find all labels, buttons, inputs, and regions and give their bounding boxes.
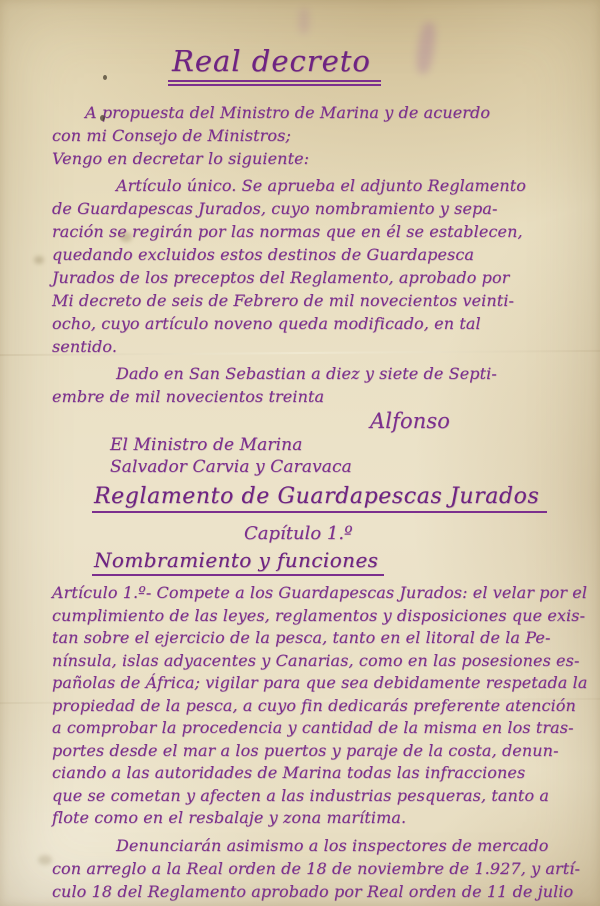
manuscript-line: con mi Consejo de Ministros;: [52, 124, 576, 147]
manuscript-line: Artículo único. Se aprueba el adjunto Re…: [52, 174, 576, 197]
final-paragraph: Denunciarán asimismo a los inspectores d…: [52, 834, 576, 903]
manuscript-line: Denunciarán asimismo a los inspectores d…: [52, 834, 576, 857]
foxing-speck: [34, 256, 44, 264]
manuscript-line: pañolas de África; vigilar para que sea …: [52, 672, 576, 695]
foxing-speck: [103, 75, 107, 80]
manuscript-line: que se cometan y afecten a las industria…: [52, 785, 576, 808]
foxing-speck: [100, 115, 105, 121]
manuscript-line: nínsula, islas adyacentes y Canarias, co…: [52, 650, 576, 673]
minister-block: El Ministro de Marina Salvador Carvia y …: [110, 434, 576, 478]
document-title: Real decreto: [168, 44, 381, 86]
royal-signature: Alfonso: [370, 408, 576, 434]
foxing-speck: [38, 855, 52, 865]
manuscript-line: Jurados de los preceptos del Reglamento,…: [52, 266, 576, 289]
manuscript-line: quedando excluidos estos destinos de Gua…: [52, 243, 576, 266]
reglamento-heading: Reglamento de Guardapescas Jurados: [92, 484, 547, 513]
manuscript-line: A propuesta del Ministro de Marina y de …: [52, 101, 576, 124]
manuscript-line: de Guardapescas Jurados, cuyo nombramien…: [52, 197, 576, 220]
articulo-unico-paragraph: Artículo único. Se aprueba el adjunto Re…: [52, 174, 576, 358]
manuscript-line: con arreglo a la Real orden de 18 de nov…: [52, 857, 576, 880]
manuscript-line: ocho, cuyo artículo noveno queda modific…: [52, 312, 576, 335]
foxing-speck: [120, 232, 132, 242]
manuscript-line: a comprobar la procedencia y cantidad de…: [52, 717, 576, 740]
articulo-1-paragraph: Artículo 1.º- Compete a los Guardapescas…: [52, 582, 576, 830]
manuscript-line: tan sobre el ejercicio de la pesca, tant…: [52, 627, 576, 650]
dado-paragraph: Dado en San Sebastian a diez y siete de …: [52, 362, 576, 408]
chapter-heading: Capítulo 1.º: [244, 522, 576, 546]
manuscript-line: Artículo 1.º- Compete a los Guardapescas…: [52, 582, 576, 605]
minister-title-line: El Ministro de Marina: [110, 434, 576, 456]
manuscript-page: Real decreto A propuesta del Ministro de…: [0, 0, 600, 906]
manuscript-line: Mi decreto de seis de Febrero de mil nov…: [52, 289, 576, 312]
manuscript-line: ciando a las autoridades de Marina todas…: [52, 762, 576, 785]
minister-name-line: Salvador Carvia y Caravaca: [110, 456, 576, 478]
manuscript-line: flote como en el resbalaje y zona maríti…: [52, 807, 576, 830]
manuscript-line: cumplimiento de las leyes, reglamentos y…: [52, 605, 576, 628]
manuscript-line: portes desde el mar a los puertos y para…: [52, 740, 576, 763]
preamble-paragraph: A propuesta del Ministro de Marina y de …: [52, 101, 576, 170]
manuscript-line: Dado en San Sebastian a diez y siete de …: [52, 362, 576, 385]
section-heading: Nombramiento y funciones: [92, 548, 384, 576]
manuscript-line: culo 18 del Reglamento aprobado por Real…: [52, 880, 576, 903]
manuscript-line: embre de mil novecientos treinta: [52, 385, 576, 408]
ink-ghost-smudge: [299, 8, 309, 34]
manuscript-line: Vengo en decretar lo siguiente:: [52, 147, 576, 170]
